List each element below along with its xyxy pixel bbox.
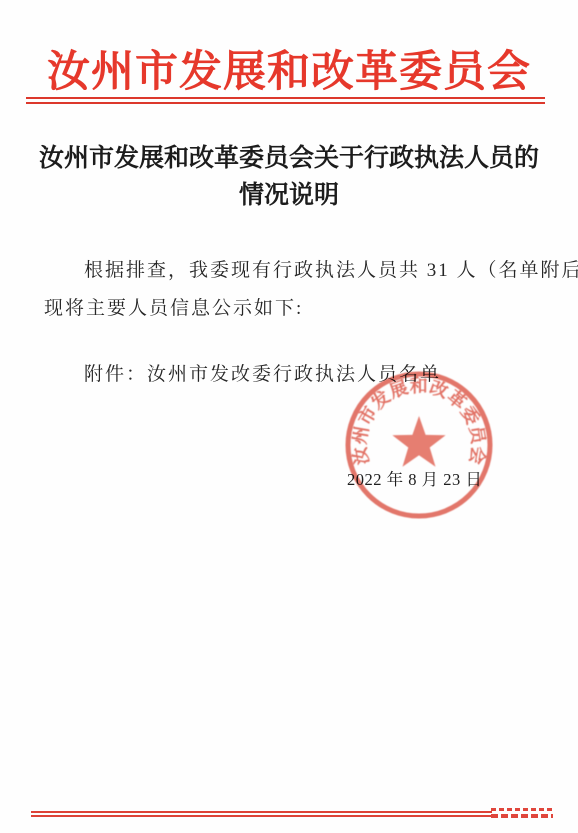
body-paragraph-line2: 现将主要人员信息公示如下:	[44, 290, 538, 328]
seal-star-icon	[392, 416, 445, 467]
document-title-line2: 情况说明	[0, 177, 578, 214]
letterhead-org-name: 汝州市发展和改革委员会	[0, 38, 578, 99]
document-title-line1: 汝州市发展和改革委员会关于行政执法人员的	[0, 140, 578, 177]
document-title: 汝州市发展和改革委员会关于行政执法人员的 情况说明	[0, 140, 578, 214]
footer-watermark-icon	[491, 805, 553, 819]
body-paragraph: 根据排查，我委现有行政执法人员共 31 人（名单附后）， 现将主要人员信息公示如…	[44, 252, 538, 328]
body-paragraph-line1: 根据排查，我委现有行政执法人员共 31 人（名单附后），	[44, 252, 538, 290]
official-seal: 汝州市发展和改革委员会	[334, 360, 504, 530]
footer-watermark-dashes-bottom	[491, 814, 553, 818]
footer-watermark-dashes-top	[491, 808, 553, 811]
letterhead-divider	[26, 97, 545, 104]
document-page: 汝州市发展和改革委员会 汝州市发展和改革委员会关于行政执法人员的 情况说明 根据…	[0, 0, 578, 833]
footer-divider	[31, 811, 492, 817]
